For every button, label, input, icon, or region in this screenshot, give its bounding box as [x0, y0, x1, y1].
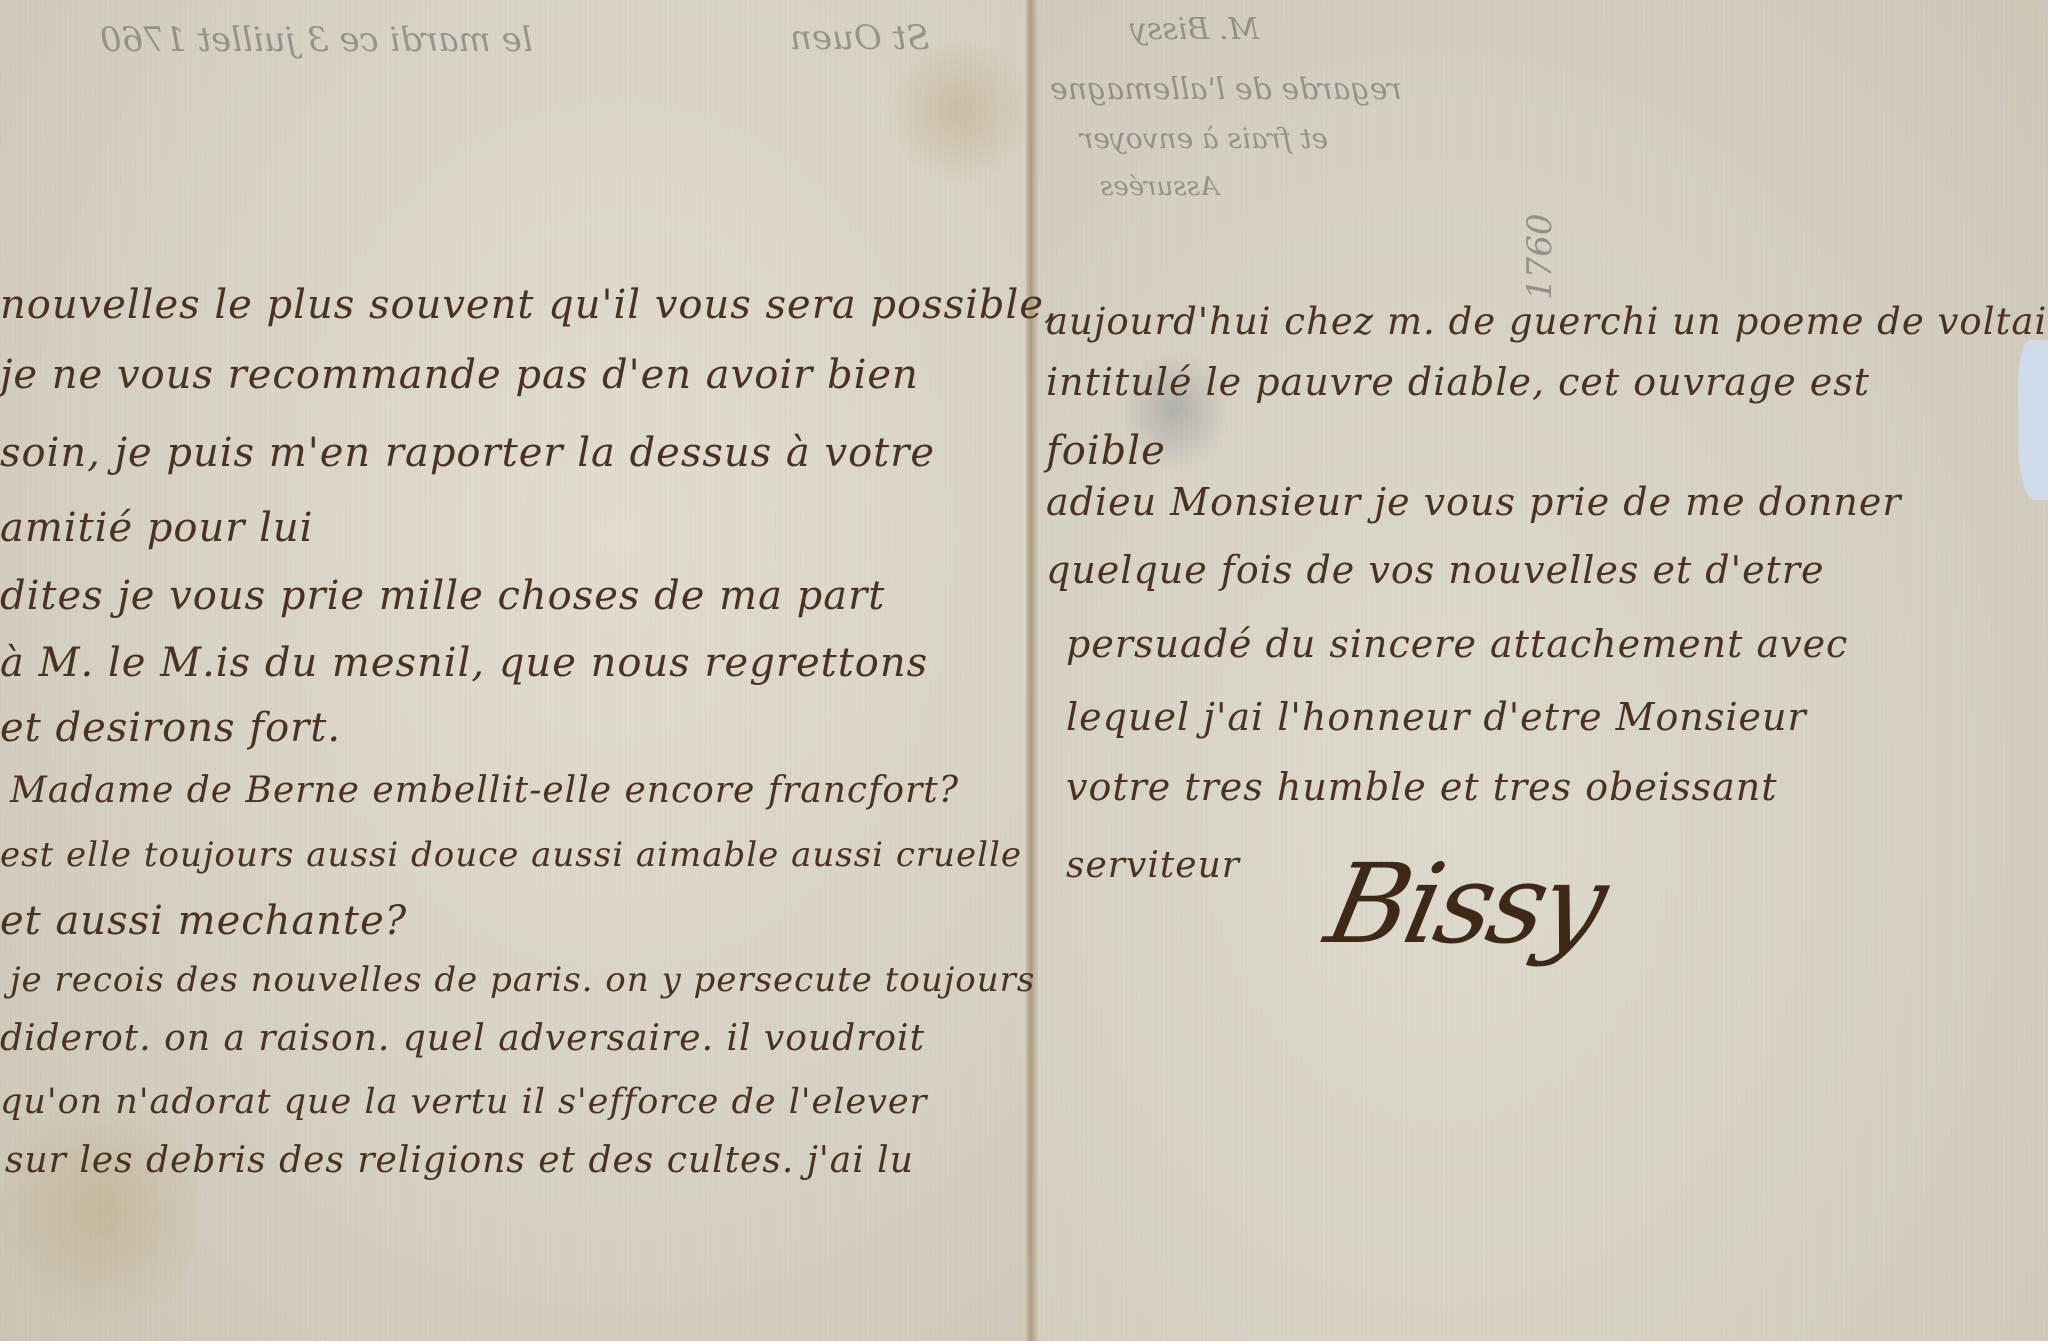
letter-line: à M. le M.is du mesnil, que nous regrett… — [0, 640, 928, 686]
letter-line: amitié pour lui — [0, 505, 313, 551]
signature: Bissy — [1316, 840, 1614, 968]
page-fold — [1026, 0, 1038, 1341]
paper-hole — [2018, 340, 2048, 500]
letter-line: je recois des nouvelles de paris. on y p… — [10, 960, 1035, 1000]
letter-line: Madame de Berne embellit-elle encore fra… — [10, 770, 959, 811]
letter-line: aujourd'hui chez m. de guerchi un poeme … — [1046, 300, 2048, 343]
letter-line: intitulé le pauvre diable, cet ouvrage e… — [1046, 360, 1870, 404]
letter-line: soin, je puis m'en raporter la dessus à … — [0, 430, 935, 476]
letter-line: je ne vous recommande pas d'en avoir bie… — [0, 352, 919, 398]
letter-line: adieu Monsieur je vous prie de me donner — [1046, 480, 1902, 524]
letter-line: votre tres humble et tres obeissant — [1066, 765, 1777, 809]
letter-line: quelque fois de vos nouvelles et d'etre — [1046, 548, 1824, 592]
bleed-through-address-1: M. Bissy — [1130, 12, 1259, 47]
letter-line: serviteur — [1066, 845, 1240, 886]
bleed-through-place: St Ouen — [790, 18, 930, 58]
letter-line: est elle toujours aussi douce aussi aima… — [0, 835, 1022, 875]
letter-line: lequel j'ai l'honneur d'etre Monsieur — [1066, 695, 1807, 739]
letter-line: foible — [1046, 428, 1166, 474]
bleed-through-address-3: et frais à envoyer — [1080, 122, 1328, 155]
bleed-through-address-2: regarde de l'allemagne — [1050, 72, 1402, 107]
bleed-through-address-4: Assurées — [1100, 172, 1219, 202]
letter-line: persuadé du sincere attachement avec — [1066, 622, 1848, 666]
paper-stain — [880, 40, 1040, 180]
letter-line: qu'on n'adorat que la vertu il s'efforce… — [0, 1082, 927, 1122]
bleed-through-date: le mardi ce 3 juillet 1760 — [100, 20, 533, 60]
letter-line: nouvelles le plus souvent qu'il vous ser… — [0, 282, 1058, 328]
letter-line: dites je vous prie mille choses de ma pa… — [0, 573, 885, 619]
letter-line: sur les debris des religions et des cult… — [5, 1140, 914, 1181]
letter-line: diderot. on a raison. quel adversaire. i… — [0, 1018, 925, 1059]
letter-line: et aussi mechante? — [0, 898, 407, 944]
bleed-through-margin-note: 1760 — [1520, 213, 1560, 300]
letter-line: et desirons fort. — [0, 705, 341, 751]
